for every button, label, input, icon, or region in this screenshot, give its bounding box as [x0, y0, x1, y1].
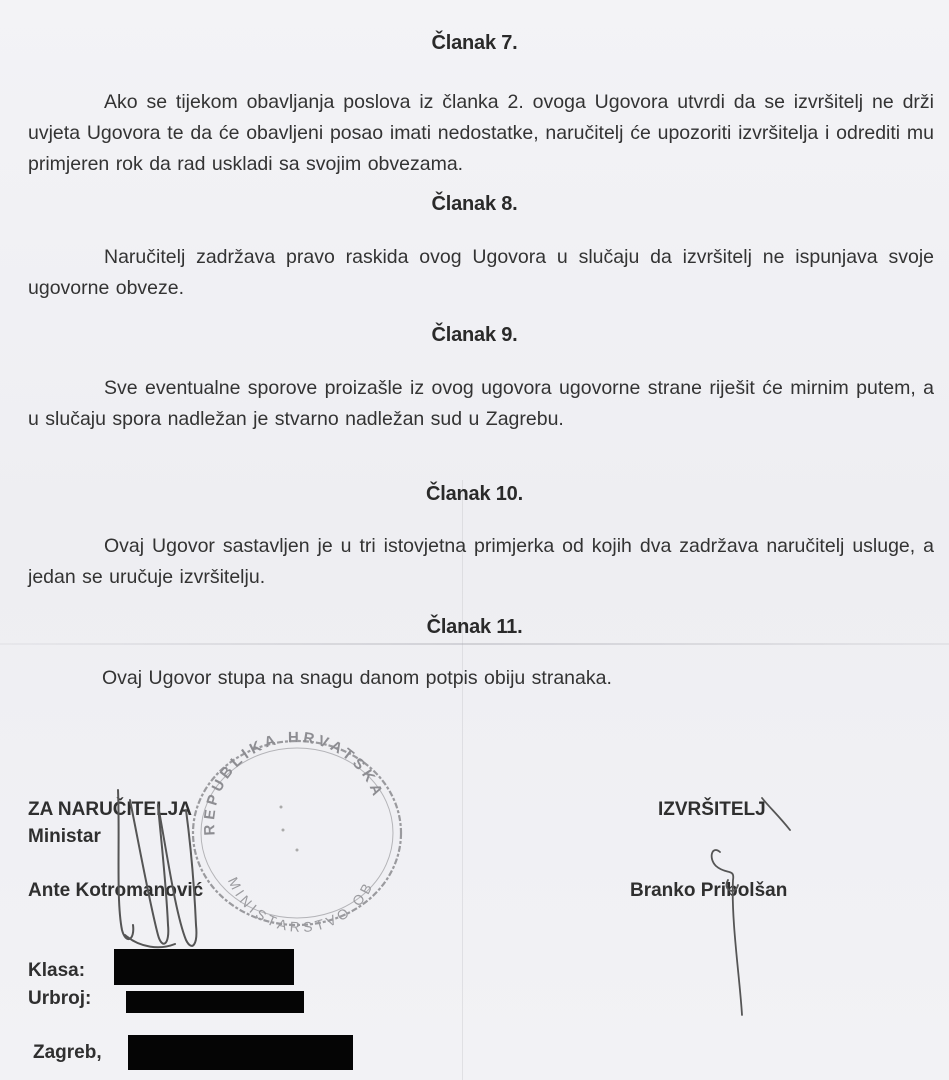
klasa-label: Klasa: — [28, 960, 85, 982]
article-8-text: Naručitelj zadržava pravo raskida ovog U… — [28, 242, 934, 304]
article-7-heading: Članak 7. — [0, 32, 949, 55]
article-8-heading: Članak 8. — [0, 193, 949, 216]
urbroj-redaction — [126, 991, 304, 1013]
date-redaction — [128, 1035, 353, 1070]
urbroj-label: Urbroj: — [28, 988, 91, 1010]
article-9-heading: Članak 9. — [0, 324, 949, 347]
article-9-text: Sve eventualne sporove proizašle iz ovog… — [28, 373, 934, 435]
place-label: Zagreb, — [33, 1042, 102, 1064]
client-title: Ministar — [28, 826, 101, 848]
klasa-redaction — [114, 949, 294, 985]
client-name: Ante Kotromanović — [28, 880, 203, 902]
article-10-heading: Članak 10. — [0, 483, 949, 506]
article-11-text: Ovaj Ugovor stupa na snagu danom potpis … — [102, 663, 612, 694]
contractor-label: IZVRŠITELJ — [658, 799, 766, 821]
client-label: ZA NARUČITELJA — [28, 799, 192, 821]
contractor-name: Branko Pribolšan — [630, 880, 787, 902]
article-10-text: Ovaj Ugovor sastavljen je u tri istovjet… — [28, 531, 934, 593]
paper-fold-line — [0, 643, 949, 645]
article-7-text: Ako se tijekom obavljanja poslova iz čla… — [28, 87, 934, 180]
article-11-heading: Članak 11. — [0, 616, 949, 639]
